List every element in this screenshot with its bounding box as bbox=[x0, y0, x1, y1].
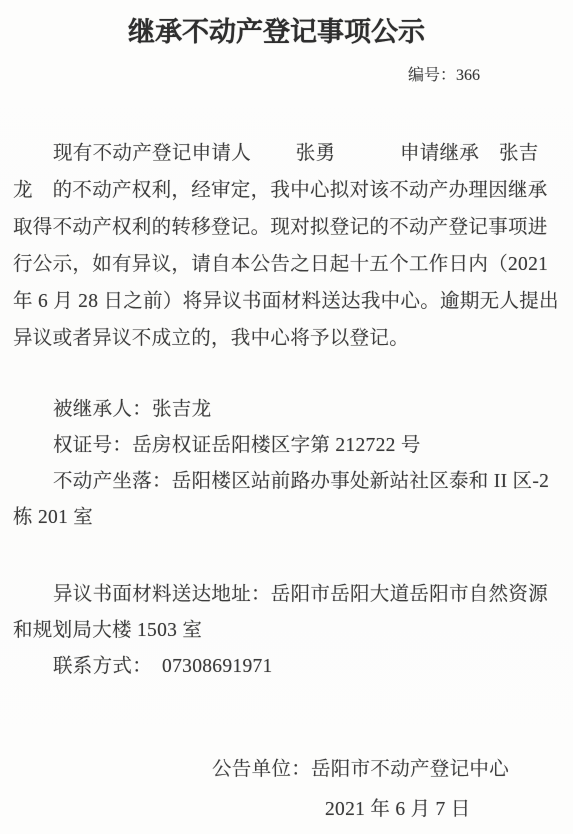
announcement-date: 2021 年 6 月 7 日 bbox=[325, 793, 471, 821]
paragraph-line: 行公示，如有异议，请自本公告之日起十五个工作日内（2021 bbox=[13, 246, 561, 283]
serial-number: 编号：366 bbox=[408, 62, 480, 85]
notice-document-page: 继承不动产登记事项公示 编号：366 现有不动产登记申请人 张勇 申请继承 张吉… bbox=[0, 0, 573, 834]
decedent-line: 被继承人：张吉龙 bbox=[13, 392, 561, 428]
paragraph-line: 龙 的不动产权利，经审定，我中心拟对该不动产办理因继承 bbox=[13, 172, 561, 209]
paragraph-line: 年 6 月 28 日之前）将异议书面材料送达我中心。逾期无人提出 bbox=[13, 283, 561, 320]
certificate-number-line: 权证号：岳房权证岳阳楼区字第 212722 号 bbox=[13, 428, 561, 464]
estate-details-section: 被继承人：张吉龙 权证号：岳房权证岳阳楼区字第 212722 号 不动产坐落：岳… bbox=[13, 392, 561, 536]
document-title: 继承不动产登记事项公示 bbox=[0, 10, 553, 49]
paragraph-line: 取得不动产权利的转移登记。现对拟登记的不动产登记事项进 bbox=[13, 209, 561, 246]
body-paragraph: 现有不动产登记申请人 张勇 申请继承 张吉 龙 的不动产权利，经审定，我中心拟对… bbox=[13, 135, 561, 357]
delivery-address-line-2: 和规划局大楼 1503 室 bbox=[13, 613, 561, 649]
property-location-line-2: 栋 201 室 bbox=[13, 500, 561, 536]
paragraph-line: 异议或者异议不成立的，我中心将予以登记。 bbox=[13, 320, 561, 357]
announcing-unit: 公告单位：岳阳市不动产登记中心 bbox=[212, 753, 509, 781]
property-location-line: 不动产坐落：岳阳楼区站前路办事处新站社区泰和 II 区-2 bbox=[13, 464, 561, 500]
objection-delivery-section: 异议书面材料送达地址：岳阳市岳阳大道岳阳市自然资源 和规划局大楼 1503 室 … bbox=[13, 577, 561, 685]
contact-phone-line: 联系方式： 07308691971 bbox=[13, 649, 561, 685]
delivery-address-line: 异议书面材料送达地址：岳阳市岳阳大道岳阳市自然资源 bbox=[13, 577, 561, 613]
paragraph-line: 现有不动产登记申请人 张勇 申请继承 张吉 bbox=[13, 135, 561, 172]
